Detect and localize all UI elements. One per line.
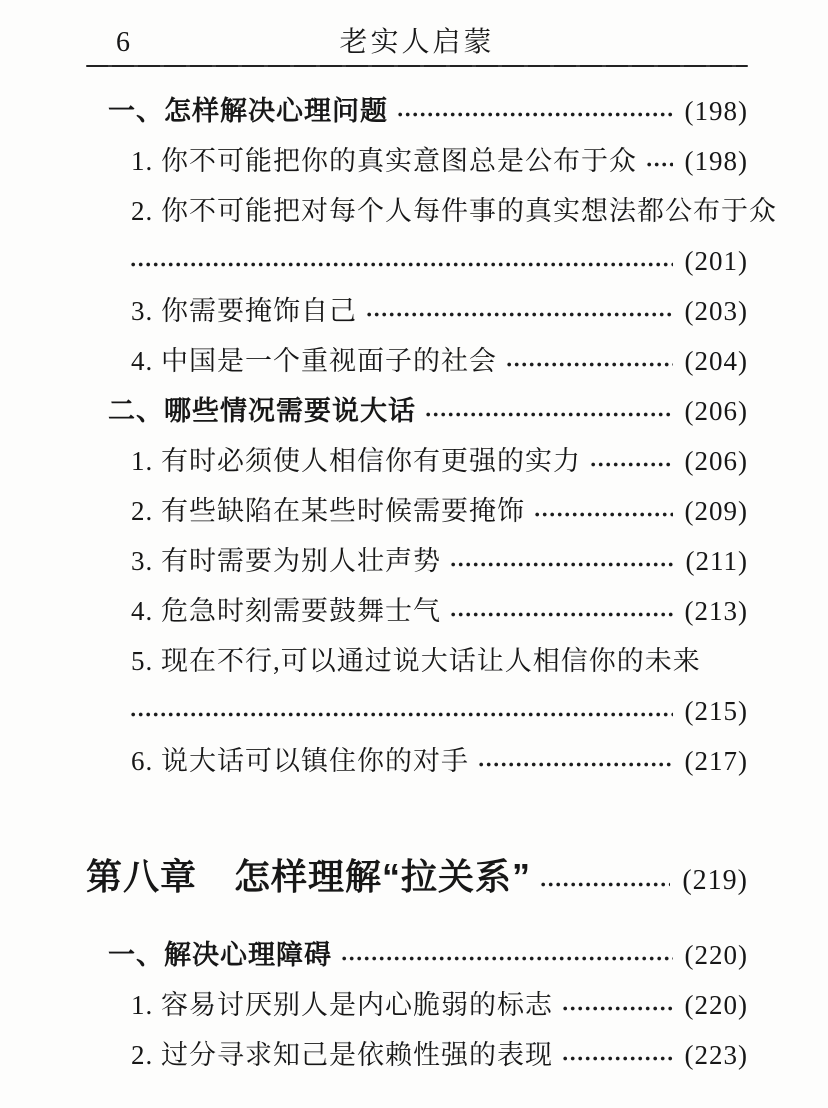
toc-entry-page: (217) bbox=[685, 746, 748, 777]
toc-entry-page: (198) bbox=[685, 146, 748, 177]
toc-entry-label: 3. 有时需要为别人壮声势 bbox=[131, 546, 441, 577]
toc-entry-page: (203) bbox=[685, 296, 748, 327]
toc-continuation-line: (215) bbox=[86, 696, 748, 727]
toc-entry-page: (206) bbox=[685, 396, 748, 427]
header-rule bbox=[86, 65, 748, 67]
scanned-book-page: 6 老实人启蒙 一、怎样解决心理问题 (198) 1. 你不可能把你的真实意图总… bbox=[0, 0, 828, 1108]
toc-entry: 3. 有时需要为别人壮声势 (211) bbox=[86, 546, 748, 577]
toc-entry-label: 4. 危急时刻需要鼓舞士气 bbox=[131, 596, 441, 627]
page-header: 6 老实人启蒙 bbox=[86, 0, 748, 60]
dot-leader bbox=[131, 262, 673, 267]
toc-entry-page: (206) bbox=[685, 446, 748, 477]
dot-leader bbox=[342, 956, 673, 961]
toc-entry-label: 5. 现在不行,可以通过说大话让人相信你的未来 bbox=[131, 646, 701, 677]
toc-entry: 2. 有些缺陷在某些时候需要掩饰 (209) bbox=[86, 496, 748, 527]
dot-leader bbox=[367, 312, 673, 317]
toc-entry-label: 第八章 怎样理解“拉关系” bbox=[86, 855, 531, 899]
dot-leader bbox=[563, 1006, 673, 1011]
dot-leader bbox=[535, 512, 673, 517]
toc-continuation-line: (201) bbox=[86, 246, 748, 277]
toc-section-heading: 一、解决心理障碍 (220) bbox=[86, 940, 748, 971]
toc-entry-page: (204) bbox=[685, 346, 748, 377]
toc-entry: 2. 过分寻求知己是依赖性强的表现 (223) bbox=[86, 1040, 748, 1071]
toc-chapter-heading: 第八章 怎样理解“拉关系” (219) bbox=[86, 855, 748, 903]
toc-entry: 1. 有时必须使人相信你有更强的实力 (206) bbox=[86, 446, 748, 477]
toc-entry: 4. 中国是一个重视面子的社会 (204) bbox=[86, 346, 748, 377]
dot-leader bbox=[398, 112, 673, 117]
table-of-contents: 一、怎样解决心理问题 (198) 1. 你不可能把你的真实意图总是公布于众 (1… bbox=[86, 96, 748, 1071]
toc-entry-label: 4. 中国是一个重视面子的社会 bbox=[131, 346, 497, 377]
dot-leader bbox=[426, 412, 673, 417]
toc-entry: 6. 说大话可以镇住你的对手 (217) bbox=[86, 746, 748, 777]
dot-leader bbox=[591, 462, 673, 467]
toc-entry-label: 一、怎样解决心理问题 bbox=[108, 96, 388, 127]
toc-entry-label: 6. 说大话可以镇住你的对手 bbox=[131, 746, 469, 777]
dot-leader bbox=[451, 612, 673, 617]
toc-entry-page: (209) bbox=[685, 496, 748, 527]
toc-entry-page: (219) bbox=[682, 859, 748, 903]
toc-entry-label: 二、哪些情况需要说大话 bbox=[108, 396, 416, 427]
dot-leader bbox=[563, 1056, 673, 1061]
toc-entry-page: (215) bbox=[685, 696, 748, 727]
toc-entry-page: (213) bbox=[685, 596, 748, 627]
dot-leader bbox=[647, 162, 673, 167]
toc-entry-label: 1. 容易讨厌别人是内心脆弱的标志 bbox=[131, 990, 553, 1021]
toc-entry-page: (201) bbox=[685, 246, 748, 277]
toc-entry-label: 1. 你不可能把你的真实意图总是公布于众 bbox=[131, 146, 637, 177]
toc-entry-label: 3. 你需要掩饰自己 bbox=[131, 296, 357, 327]
toc-entry-label: 2. 过分寻求知己是依赖性强的表现 bbox=[131, 1040, 553, 1071]
toc-entry-page: (220) bbox=[685, 990, 748, 1021]
toc-entry: 3. 你需要掩饰自己 (203) bbox=[86, 296, 748, 327]
toc-entry: 1. 你不可能把你的真实意图总是公布于众 (198) bbox=[86, 146, 748, 177]
dot-leader bbox=[541, 882, 670, 887]
toc-entry-label: 2. 有些缺陷在某些时候需要掩饰 bbox=[131, 496, 525, 527]
toc-entry-page: (220) bbox=[685, 940, 748, 971]
toc-entry-label: 2. 你不可能把对每个人每件事的真实想法都公布于众 bbox=[131, 196, 777, 227]
toc-entry-page: (211) bbox=[686, 546, 748, 577]
dot-leader bbox=[131, 712, 673, 717]
toc-entry: 4. 危急时刻需要鼓舞士气 (213) bbox=[86, 596, 748, 627]
toc-entry: 2. 你不可能把对每个人每件事的真实想法都公布于众 bbox=[86, 196, 748, 227]
toc-section-heading: 一、怎样解决心理问题 (198) bbox=[86, 96, 748, 127]
toc-section-heading: 二、哪些情况需要说大话 (206) bbox=[86, 396, 748, 427]
dot-leader bbox=[507, 362, 673, 367]
toc-entry-label: 1. 有时必须使人相信你有更强的实力 bbox=[131, 446, 581, 477]
toc-entry-label: 一、解决心理障碍 bbox=[108, 940, 332, 971]
dot-leader bbox=[451, 562, 674, 567]
toc-entry-page: (198) bbox=[685, 96, 748, 127]
toc-entry: 1. 容易讨厌别人是内心脆弱的标志 (220) bbox=[86, 990, 748, 1021]
dot-leader bbox=[479, 762, 673, 767]
running-title: 老实人启蒙 bbox=[86, 26, 748, 60]
toc-entry: 5. 现在不行,可以通过说大话让人相信你的未来 bbox=[86, 646, 748, 677]
toc-entry-page: (223) bbox=[685, 1040, 748, 1071]
